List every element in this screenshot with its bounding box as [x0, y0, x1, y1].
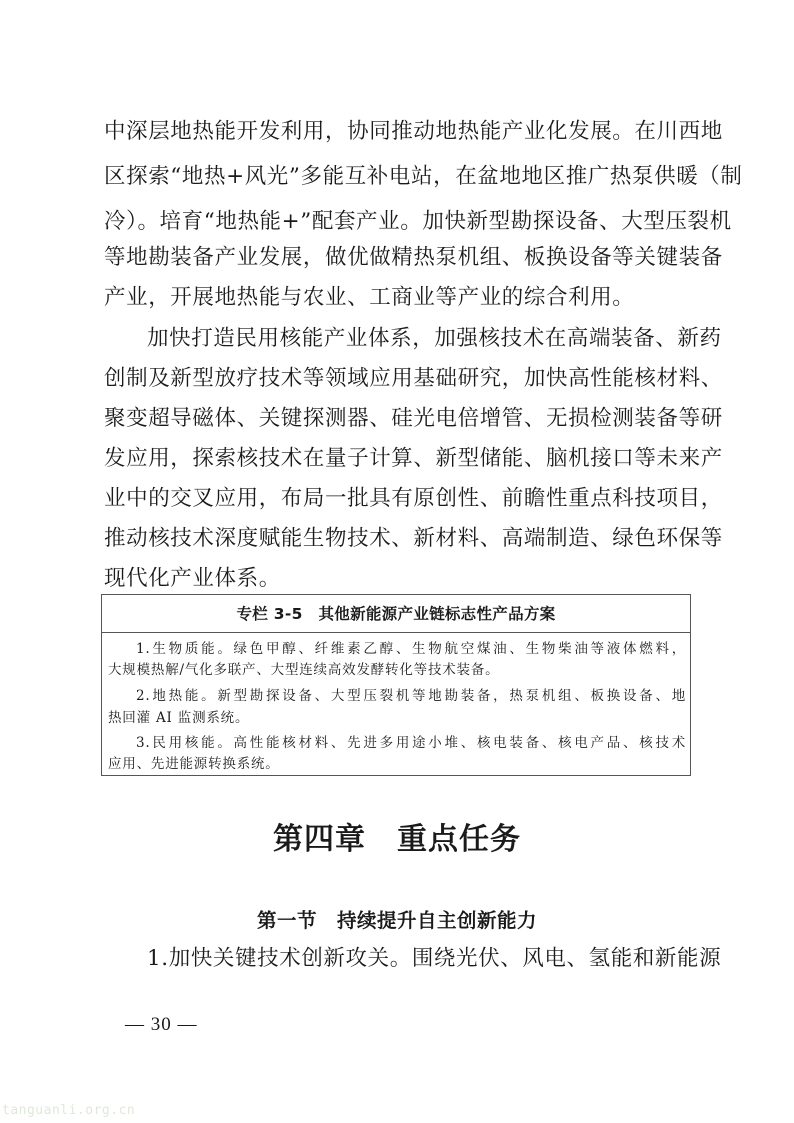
- column-box: 专栏 3-5 其他新能源产业链标志性产品方案 1.生物质能。绿色甲醇、纤维素乙醇…: [101, 594, 691, 776]
- paragraph-line: 等地勘装备产业发展，做优做精热泵机组、板换设备等关键装备: [104, 244, 694, 272]
- section-title: 第一节 持续提升自主创新能力: [0, 906, 794, 936]
- column-box-line: 1.生物质能。绿色甲醇、纤维素乙醇、生物航空煤油、生物柴油等液体燃料，: [136, 639, 686, 659]
- paragraph-line: 中深层地热能开发利用，协同推动地热能产业化发展。在川西地: [104, 118, 694, 146]
- column-box-line: 应用、先进能源转换系统。: [108, 754, 686, 774]
- paragraph-line: 业中的交叉应用，布局一批具有原创性、前瞻性重点科技项目，: [104, 485, 694, 513]
- paragraph-line: 区探索“地热+风光”多能互补电站，在盆地地区推广热泵供暖（制: [104, 163, 694, 191]
- chapter-title: 第四章 重点任务: [0, 818, 794, 862]
- section-first-line: 1.加快关键技术创新攻关。围绕光伏、风电、氢能和新能源: [147, 945, 694, 973]
- paragraph-line: 冷）。培育“地热能+”配套产业。加快新型勘探设备、大型压裂机: [104, 208, 694, 236]
- paragraph-line: 创制及新型放疗技术等领域应用基础研究，加快高性能核材料、: [104, 365, 694, 393]
- watermark: tanguanli.org.cn: [2, 1103, 135, 1119]
- paragraph-line: 聚变超导磁体、关键探测器、硅光电倍增管、无损检测装备等研: [104, 405, 694, 433]
- page-number: — 30 —: [125, 1012, 198, 1038]
- paragraph-line: 现代化产业体系。: [104, 565, 694, 593]
- column-box-title: 专栏 3-5 其他新能源产业链标志性产品方案: [102, 595, 690, 633]
- paragraph-line: 推动核技术深度赋能生物技术、新材料、高端制造、绿色环保等: [104, 525, 694, 553]
- column-box-line: 大规模热解/气化多联产、大型连续高效发酵转化等技术装备。: [108, 660, 686, 680]
- column-box-line: 3.民用核能。高性能核材料、先进多用途小堆、核电装备、核电产品、核技术: [136, 733, 686, 753]
- column-box-line: 热回灌 AI 监测系统。: [108, 708, 686, 728]
- paragraph-line: 产业，开展地热能与农业、工商业等产业的综合利用。: [104, 284, 694, 312]
- column-box-line: 2.地热能。新型勘探设备、大型压裂机等地勘装备，热泵机组、板换设备、地: [136, 686, 686, 706]
- document-page: 中深层地热能开发利用，协同推动地热能产业化发展。在川西地 区探索“地热+风光”多…: [0, 0, 794, 1123]
- paragraph-line: 发应用，探索核技术在量子计算、新型储能、脑机接口等未来产: [104, 445, 694, 473]
- paragraph-line: 加快打造民用核能产业体系，加强核技术在高端装备、新药: [147, 325, 694, 353]
